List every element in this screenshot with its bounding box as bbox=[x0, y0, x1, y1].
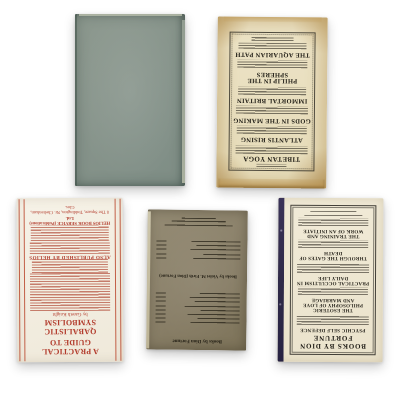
aquarian-press-jacket-back: TIBETAN YOGA ATLANTIS RISING GODS IN THE… bbox=[216, 17, 327, 189]
greeked-text-block bbox=[297, 315, 368, 325]
greeked-title bbox=[193, 257, 240, 260]
greeked-price bbox=[156, 240, 166, 242]
greeked-text-block bbox=[239, 42, 306, 49]
greeked-text-block bbox=[298, 240, 368, 248]
greeked-text-block bbox=[298, 287, 368, 295]
publisher-imprint-greeked bbox=[251, 36, 294, 41]
book-list-entry: THE ESOTERIC PHILOSOPHY OF LOVE AND MARR… bbox=[295, 287, 371, 313]
violet-firth-book-list-board: Books by Dion Fortune Books by Violet M.… bbox=[146, 209, 248, 350]
page-block-top-edge bbox=[79, 14, 182, 16]
book-list-entry: PRACTICAL OCCULTISM IN DAILY LIFE bbox=[295, 263, 371, 285]
greeked-text-block bbox=[30, 273, 109, 295]
publisher-block-greeked bbox=[295, 210, 371, 216]
book-title: IMMORTAL BRITAIN bbox=[237, 96, 308, 103]
page-block-right-edge bbox=[182, 20, 185, 183]
greeked-title bbox=[198, 317, 240, 320]
photo-of-five-occult-books: { "photo": { "background": "#ffffff" }, … bbox=[0, 0, 400, 400]
red-edge-rule bbox=[19, 199, 26, 361]
greeked-title bbox=[197, 244, 241, 247]
greeked-title bbox=[201, 309, 240, 311]
title-block: A PRACTICAL GUIDE TO QABALISTIC SYMBOLIS… bbox=[27, 311, 113, 357]
book-list-entry: TIBETAN YOGA bbox=[232, 145, 310, 167]
book-title-line: A PRACTICAL GUIDE TO bbox=[27, 337, 113, 356]
greeked-price bbox=[156, 312, 166, 314]
section-heading: ALSO PUBLISHED BY HELIOS bbox=[29, 254, 111, 259]
greeked-text-block bbox=[238, 86, 307, 95]
greeked-text-block bbox=[31, 295, 110, 311]
book-list-entry: PSYCHIC SELF DEFENCE bbox=[295, 315, 371, 332]
publisher-line: 8 The Square, Toddington, Nr. Cheltenham… bbox=[27, 204, 113, 214]
book-title: THROUGH THE GATES OF DEATH bbox=[295, 250, 371, 261]
publisher-block-greeked bbox=[157, 217, 241, 227]
publisher-block: HELIOS BOOK SERVICE (Publications) Ltd. … bbox=[27, 204, 113, 226]
greeked-price bbox=[156, 244, 166, 246]
book-title: GODS IN THE MAKING bbox=[233, 116, 311, 123]
list-heading: BOOKS BY DION FORTUNE bbox=[295, 334, 371, 350]
greeked-title bbox=[200, 292, 240, 294]
book-title: THE AQUARIAN PATH bbox=[235, 50, 310, 57]
greeked-price bbox=[156, 292, 166, 294]
greeked-price bbox=[156, 304, 166, 306]
greeked-price bbox=[156, 252, 166, 254]
book-title: TIBETAN YOGA bbox=[243, 155, 300, 163]
jacket-text-upside-down: A PRACTICAL GUIDE TO QABALISTIC SYMBOLIS… bbox=[27, 204, 114, 356]
greeked-title bbox=[194, 300, 239, 303]
greeked-text-block bbox=[237, 126, 307, 135]
jacket-book-list-upside-down: BOOKS BY DION FORTUNE PSYCHIC SELF DEFEN… bbox=[295, 210, 372, 350]
book-price-list bbox=[156, 240, 240, 260]
greeked-price bbox=[156, 248, 166, 250]
blue-cloth-book-cover bbox=[75, 14, 185, 186]
book-list-entry: ATLANTIS RISING bbox=[233, 126, 311, 143]
greeked-text-block bbox=[236, 106, 308, 115]
jacket-book-list-upside-down: TIBETAN YOGA ATLANTIS RISING GODS IN THE… bbox=[232, 36, 311, 168]
book-list-upside-down: Books by Dion Fortune Books by Violet M.… bbox=[155, 217, 241, 344]
dion-fortune-jacket-back: BOOKS BY DION FORTUNE PSYCHIC SELF DEFEN… bbox=[278, 198, 384, 363]
page-block-left-edge bbox=[146, 211, 151, 348]
book-title: PRACTICAL OCCULTISM IN DAILY LIFE bbox=[295, 274, 371, 285]
book-title: PSYCHIC SELF DEFENCE bbox=[300, 326, 365, 332]
book-list-entry: THE TRAINING AND WORK OF AN INITIATE bbox=[295, 218, 371, 238]
jacket-worn-edge bbox=[218, 179, 324, 189]
publisher-line: HELIOS BOOK SERVICE (Publications) Ltd. bbox=[27, 215, 113, 225]
qabalistic-symbolism-jacket-back: A PRACTICAL GUIDE TO QABALISTIC SYMBOLIS… bbox=[17, 198, 124, 363]
cover-board-edge bbox=[75, 14, 77, 186]
jacket-worn-edge bbox=[224, 17, 322, 23]
book-title-line: QABALISTIC SYMBOLISM bbox=[27, 318, 113, 337]
greeked-text-block bbox=[30, 241, 109, 254]
book-title: ATLANTIS RISING bbox=[241, 135, 303, 142]
list-heading: Books by Violet M. Firth (Dion Fortune) bbox=[156, 272, 240, 278]
book-list-entry: IMMORTAL BRITAIN bbox=[233, 86, 311, 103]
book-title: THE TRAINING AND WORK OF AN INITIATE bbox=[302, 227, 364, 238]
book-list-entry: GODS IN THE MAKING bbox=[233, 106, 311, 123]
book-list-entry: THROUGH THE GATES OF DEATH bbox=[295, 240, 371, 260]
byline: by Gareth Knight bbox=[53, 311, 88, 317]
greeked-text-block bbox=[32, 259, 108, 273]
navy-cloth-spine-edge bbox=[278, 198, 285, 362]
book-price-list bbox=[155, 292, 239, 324]
greeked-text-block bbox=[298, 218, 368, 226]
greeked-price bbox=[156, 296, 166, 298]
list-heading: Books by Dion Fortune bbox=[155, 337, 239, 344]
greeked-text-block bbox=[31, 225, 108, 241]
red-edge-rule bbox=[115, 199, 122, 361]
greeked-title bbox=[191, 321, 240, 324]
book-title: PHILIP IN THE SPHERES bbox=[233, 69, 311, 83]
greeked-title bbox=[203, 253, 240, 255]
greeked-text-block bbox=[257, 164, 287, 167]
book-list-entry: PHILIP IN THE SPHERES bbox=[233, 60, 311, 84]
greeked-price bbox=[156, 308, 166, 310]
book-list-entry: THE AQUARIAN PATH bbox=[233, 36, 311, 57]
greeked-title bbox=[190, 248, 240, 251]
greeked-text-block bbox=[237, 60, 307, 69]
greeked-title bbox=[192, 240, 241, 243]
greeked-text-block bbox=[297, 263, 368, 273]
greeked-title bbox=[189, 296, 239, 299]
greeked-title bbox=[187, 313, 239, 316]
greeked-price bbox=[156, 300, 166, 302]
greeked-text-block bbox=[236, 145, 308, 154]
book-title: THE ESOTERIC PHILOSOPHY OF LOVE AND MARR… bbox=[302, 297, 363, 313]
greeked-price bbox=[155, 321, 165, 323]
greeked-title bbox=[184, 304, 239, 307]
greeked-price bbox=[156, 317, 166, 319]
greeked-price bbox=[156, 256, 166, 258]
